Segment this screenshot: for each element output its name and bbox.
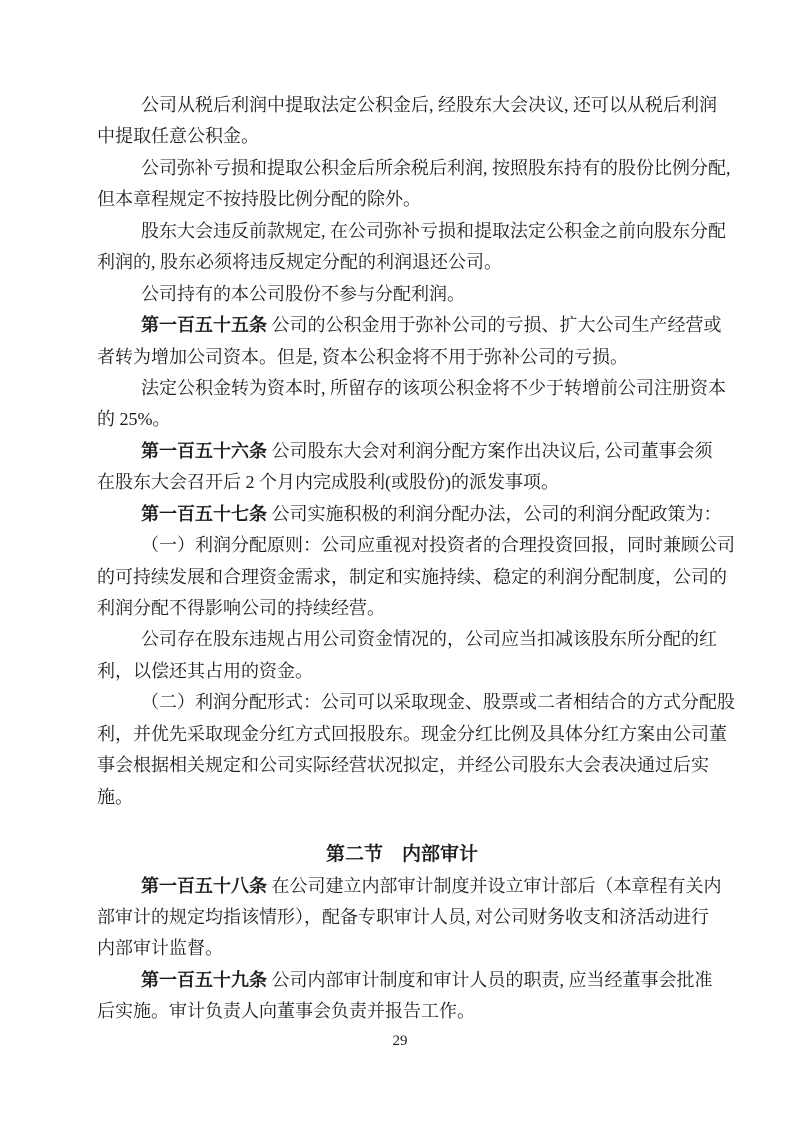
paragraph: 第一百五十五条 公司的公积金用于弥补公司的亏损、扩大公司生产经营或 者转为增加公… — [97, 310, 707, 373]
article-number: 第一百五十八条 — [141, 876, 267, 896]
text-column: 公司从税后利润中提取法定公积金后, 经股东大会决议, 还可以从税后利润 中提取任… — [97, 90, 707, 1028]
text-line: 法定公积金转为资本时, 所留存的该项公积金将不少于转增前公司注册资本 — [97, 373, 707, 404]
text-line: 的可持续发展和合理资金需求，制定和实施持续、稳定的利润分配制度，公司的 — [97, 562, 707, 593]
paragraph: 第一百五十九条 公司内部审计制度和审计人员的职责, 应当经董事会批准 后实施。审… — [97, 965, 707, 1028]
paragraph: 第一百五十七条 公司实施积极的利润分配办法，公司的利润分配政策为： — [97, 499, 707, 530]
text-line: 公司从税后利润中提取法定公积金后, 经股东大会决议, 还可以从税后利润 — [97, 90, 707, 121]
line-text: 公司内部审计制度和审计人员的职责, 应当经董事会批准 — [267, 970, 713, 990]
paragraph: 公司持有的本公司股份不参与分配利润。 — [97, 279, 707, 310]
article-number: 第一百五十九条 — [141, 970, 267, 990]
text-line: 后实施。审计负责人向董事会负责并报告工作。 — [97, 996, 707, 1027]
text-line: 部审计的规定均指该情形），配备专职审计人员, 对公司财务收支和济活动进行 — [97, 902, 707, 933]
line-text: 公司股东大会对利润分配方案作出决议后, 公司董事会须 — [267, 441, 713, 461]
text-line: 公司持有的本公司股份不参与分配利润。 — [97, 279, 707, 310]
text-line: 利，并优先采取现金分红方式回报股东。现金分红比例及具体分红方案由公司董 — [97, 719, 707, 750]
line-text: 公司的公积金用于弥补公司的亏损、扩大公司生产经营或 — [267, 315, 722, 335]
paragraph: 公司存在股东违规占用公司资金情况的，公司应当扣减该股东所分配的红 利，以偿还其占… — [97, 624, 707, 687]
article-number: 第一百五十五条 — [141, 315, 267, 335]
text-line: 施。 — [97, 782, 707, 813]
text-line: 第一百五十六条 公司股东大会对利润分配方案作出决议后, 公司董事会须 — [97, 436, 707, 467]
text-line: 利润的, 股东必须将违反规定分配的利润退还公司。 — [97, 247, 707, 278]
article-number: 第一百五十七条 — [141, 504, 267, 524]
text-line: 公司存在股东违规占用公司资金情况的，公司应当扣减该股东所分配的红 — [97, 624, 707, 655]
text-line: 利润分配不得影响公司的持续经营。 — [97, 593, 707, 624]
text-line: 中提取任意公积金。 — [97, 121, 707, 152]
paragraph: 公司弥补亏损和提取公积金后所余税后利润, 按照股东持有的股份比例分配, 但本章程… — [97, 153, 707, 216]
article-number: 第一百五十六条 — [141, 441, 267, 461]
paragraph: 第一百五十六条 公司股东大会对利润分配方案作出决议后, 公司董事会须 在股东大会… — [97, 436, 707, 499]
document-page: 公司从税后利润中提取法定公积金后, 经股东大会决议, 还可以从税后利润 中提取任… — [0, 0, 800, 1131]
text-line: 股东大会违反前款规定, 在公司弥补亏损和提取法定公积金之前向股东分配 — [97, 216, 707, 247]
text-line: 在股东大会召开后 2 个月内完成股利(或股份)的派发事项。 — [97, 467, 707, 498]
text-line: 第一百五十五条 公司的公积金用于弥补公司的亏损、扩大公司生产经营或 — [97, 310, 707, 341]
text-line: 第一百五十八条 在公司建立内部审计制度并设立审计部后（本章程有关内 — [97, 871, 707, 902]
text-line: 的 25%。 — [97, 404, 707, 435]
text-line: 第一百五十七条 公司实施积极的利润分配办法，公司的利润分配政策为： — [97, 499, 707, 530]
line-text: 公司实施积极的利润分配办法，公司的利润分配政策为： — [267, 504, 722, 524]
text-line: 第一百五十九条 公司内部审计制度和审计人员的职责, 应当经董事会批准 — [97, 965, 707, 996]
text-line: 内部审计监督。 — [97, 933, 707, 964]
text-line: 但本章程规定不按持股比例分配的除外。 — [97, 184, 707, 215]
paragraph: 公司从税后利润中提取法定公积金后, 经股东大会决议, 还可以从税后利润 中提取任… — [97, 90, 707, 153]
page-number: 29 — [0, 1033, 800, 1050]
text-line: 者转为增加公司资本。但是, 资本公积金将不用于弥补公司的亏损。 — [97, 342, 707, 373]
text-line: 事会根据相关规定和公司实际经营状况拟定，并经公司股东大会表决通过后实 — [97, 750, 707, 781]
text-line: （一）利润分配原则：公司应重视对投资者的合理投资回报，同时兼顾公司 — [97, 530, 707, 561]
paragraph: （二）利润分配形式：公司可以采取现金、股票或二者相结合的方式分配股 利，并优先采… — [97, 687, 707, 813]
text-line: （二）利润分配形式：公司可以采取现金、股票或二者相结合的方式分配股 — [97, 687, 707, 718]
paragraph: （一）利润分配原则：公司应重视对投资者的合理投资回报，同时兼顾公司 的可持续发展… — [97, 530, 707, 624]
text-line: 公司弥补亏损和提取公积金后所余税后利润, 按照股东持有的股份比例分配, — [97, 153, 707, 184]
text-line: 利，以偿还其占用的资金。 — [97, 656, 707, 687]
paragraph: 法定公积金转为资本时, 所留存的该项公积金将不少于转增前公司注册资本 的 25%… — [97, 373, 707, 436]
paragraph: 股东大会违反前款规定, 在公司弥补亏损和提取法定公积金之前向股东分配 利润的, … — [97, 216, 707, 279]
section-heading: 第二节 内部审计 — [97, 839, 707, 870]
paragraph: 第一百五十八条 在公司建立内部审计制度并设立审计部后（本章程有关内 部审计的规定… — [97, 871, 707, 965]
line-text: 在公司建立内部审计制度并设立审计部后（本章程有关内 — [267, 876, 722, 896]
